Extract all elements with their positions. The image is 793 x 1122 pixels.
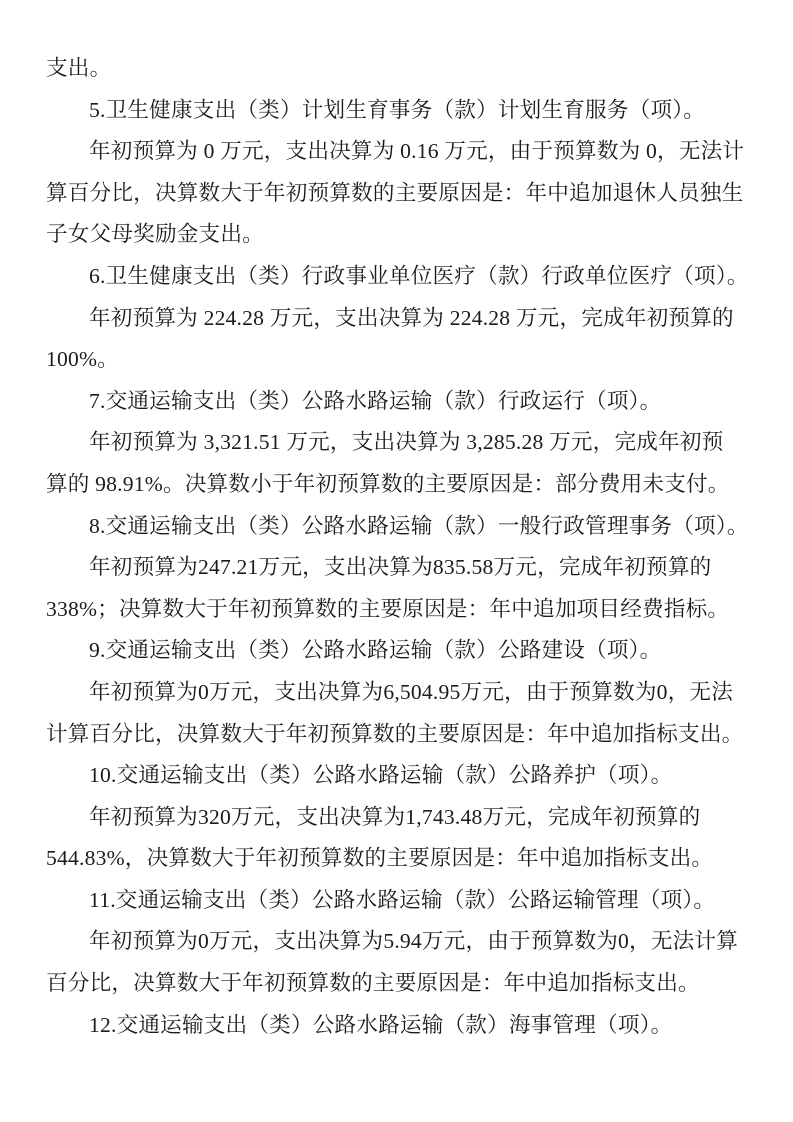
text-line: 年初预算为 224.28 万元，支出决算为 224.28 万元，完成年初预算的: [46, 298, 748, 340]
text-line: 百分比，决算数大于年初预算数的主要原因是：年中追加指标支出。: [46, 963, 748, 1005]
text-line: 年初预算为247.21万元，支出决算为835.58万元，完成年初预算的: [46, 547, 748, 589]
text-line: 年初预算为 0 万元，支出决算为 0.16 万元，由于预算数为 0，无法计: [46, 131, 748, 173]
text-line: 算百分比，决算数大于年初预算数的主要原因是：年中追加退休人员独生: [46, 173, 748, 215]
text-line: 10.交通运输支出（类）公路水路运输（款）公路养护（项）。: [46, 755, 748, 797]
text-line: 计算百分比，决算数大于年初预算数的主要原因是：年中追加指标支出。: [46, 714, 748, 756]
text-line: 5.卫生健康支出（类）计划生育事务（款）计划生育服务（项）。: [46, 90, 748, 132]
text-line: 子女父母奖励金支出。: [46, 214, 748, 256]
text-line: 12.交通运输支出（类）公路水路运输（款）海事管理（项）。: [46, 1005, 748, 1047]
text-line: 年初预算为0万元，支出决算为6,504.95万元，由于预算数为0，无法: [46, 672, 748, 714]
text-line: 年初预算为0万元，支出决算为5.94万元，由于预算数为0，无法计算: [46, 921, 748, 963]
text-line: 年初预算为320万元，支出决算为1,743.48万元，完成年初预算的: [46, 797, 748, 839]
text-line: 支出。: [46, 48, 748, 90]
text-line: 年初预算为 3,321.51 万元，支出决算为 3,285.28 万元，完成年初…: [46, 422, 748, 464]
document-page: 支出。5.卫生健康支出（类）计划生育事务（款）计划生育服务（项）。年初预算为 0…: [0, 0, 793, 1122]
text-line: 100%。: [46, 339, 748, 381]
document-body: 支出。5.卫生健康支出（类）计划生育事务（款）计划生育服务（项）。年初预算为 0…: [46, 48, 748, 1046]
text-line: 6.卫生健康支出（类）行政事业单位医疗（款）行政单位医疗（项）。: [46, 256, 748, 298]
text-line: 算的 98.91%。决算数小于年初预算数的主要原因是：部分费用未支付。: [46, 464, 748, 506]
text-line: 9.交通运输支出（类）公路水路运输（款）公路建设（项）。: [46, 630, 748, 672]
text-line: 8.交通运输支出（类）公路水路运输（款）一般行政管理事务（项）。: [46, 506, 748, 548]
text-line: 338%；决算数大于年初预算数的主要原因是：年中追加项目经费指标。: [46, 589, 748, 631]
text-line: 11.交通运输支出（类）公路水路运输（款）公路运输管理（项）。: [46, 880, 748, 922]
text-line: 544.83%，决算数大于年初预算数的主要原因是：年中追加指标支出。: [46, 838, 748, 880]
text-line: 7.交通运输支出（类）公路水路运输（款）行政运行（项）。: [46, 381, 748, 423]
